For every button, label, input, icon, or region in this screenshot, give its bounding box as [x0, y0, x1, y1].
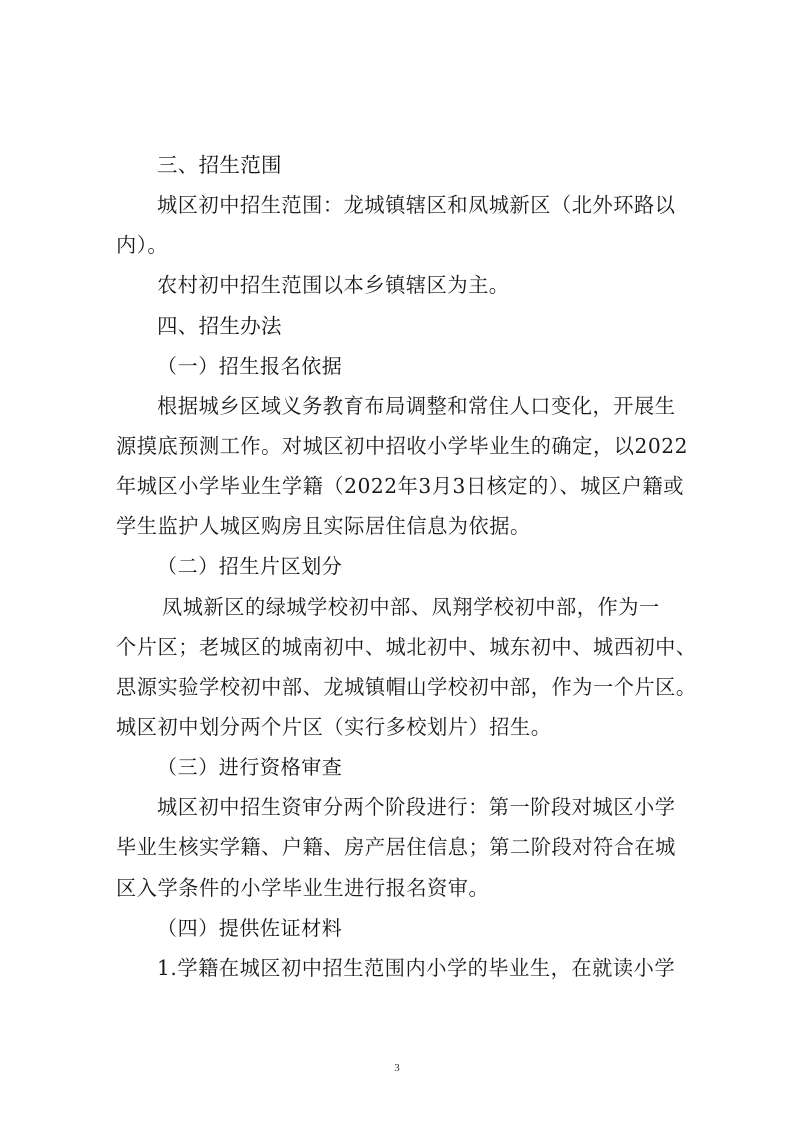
page-number: 3 — [391, 1062, 403, 1074]
paragraph-line: 凤城新区的绿城学校初中部、凤翔学校初中部，作为一 — [116, 587, 682, 627]
document-body: 三、招生范围 城区初中招生范围：龙城镇辖区和凤城新区（北外环路以 内）。 农村初… — [116, 145, 682, 988]
subsection-heading-qualification-review: （三）进行资格审查 — [116, 747, 682, 787]
paragraph-line: 学生监护人城区购房且实际居住信息为依据。 — [116, 506, 682, 546]
paragraph-line: 毕业生核实学籍、户籍、房产居住信息；第二阶段对符合在城 — [116, 827, 682, 867]
paragraph-line: 城区初中招生资审分两个阶段进行：第一阶段对城区小学 — [116, 787, 682, 827]
document-page: 三、招生范围 城区初中招生范围：龙城镇辖区和凤城新区（北外环路以 内）。 农村初… — [0, 0, 793, 1122]
paragraph-line: 年城区小学毕业生学籍（2022年3月3日核定的）、城区户籍或 — [116, 466, 682, 506]
list-item: 1.学籍在城区初中招生范围内小学的毕业生，在就读小学 — [116, 948, 682, 988]
section-heading-enrollment-scope: 三、招生范围 — [116, 145, 682, 185]
paragraph-line: 区入学条件的小学毕业生进行报名资审。 — [116, 868, 682, 908]
paragraph-line: 内）。 — [116, 225, 682, 265]
subsection-heading-supporting-materials: （四）提供佐证材料 — [116, 908, 682, 948]
paragraph-line: 思源实验学校初中部、龙城镇帽山学校初中部，作为一个片区。 — [116, 667, 682, 707]
paragraph-line: 源摸底预测工作。对城区初中招收小学毕业生的确定，以2022 — [116, 426, 682, 466]
paragraph-line: 根据城乡区域义务教育布局调整和常住人口变化，开展生 — [116, 386, 682, 426]
paragraph-line: 农村初中招生范围以本乡镇辖区为主。 — [116, 265, 682, 305]
subsection-heading-registration-basis: （一）招生报名依据 — [116, 346, 682, 386]
paragraph-line: 个片区；老城区的城南初中、城北初中、城东初中、城西初中、 — [116, 627, 682, 667]
paragraph-line: 城区初中划分两个片区（实行多校划片）招生。 — [116, 707, 682, 747]
subsection-heading-district-division: （二）招生片区划分 — [116, 546, 682, 586]
paragraph-line: 城区初中招生范围：龙城镇辖区和凤城新区（北外环路以 — [116, 185, 682, 225]
section-heading-enrollment-method: 四、招生办法 — [116, 306, 682, 346]
